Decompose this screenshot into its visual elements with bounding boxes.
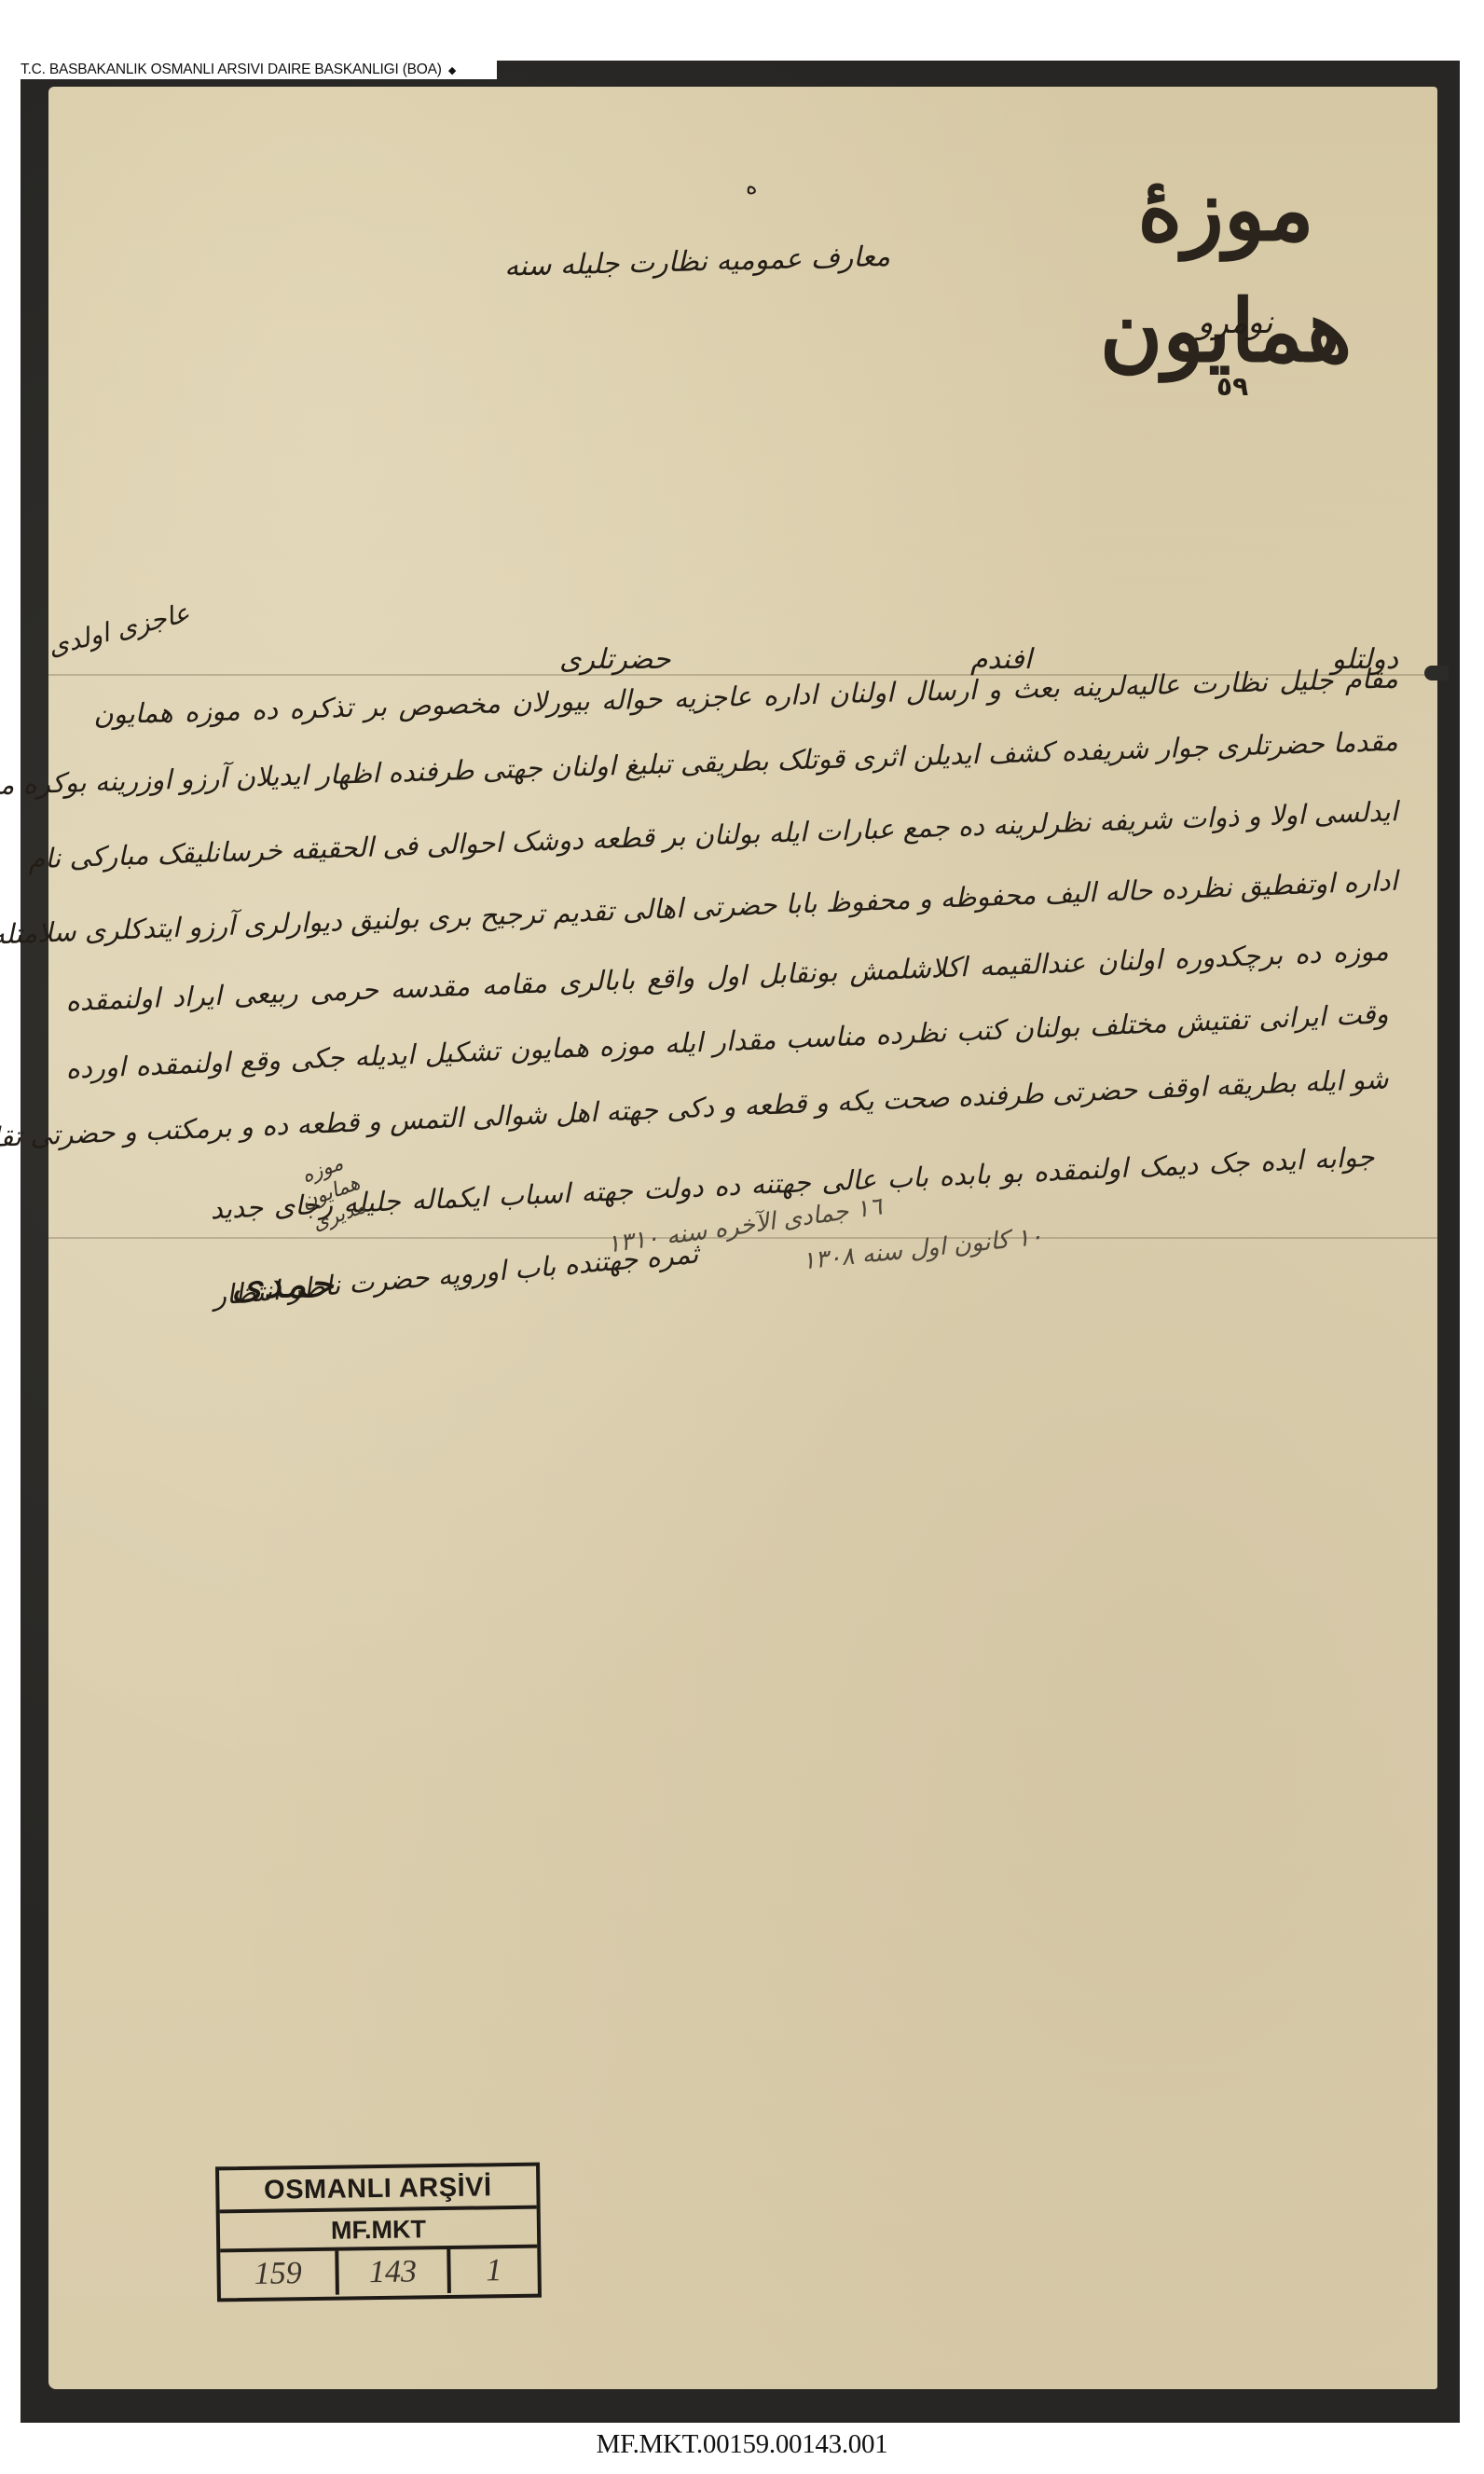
archive-header-text: T.C. BASBAKANLIK OSMANLI ARSIVI DAIRE BA… (21, 62, 442, 77)
stamp-folder-number: 159 (220, 2251, 339, 2297)
stamp-page-number: 1 (450, 2248, 538, 2293)
salutation-word: افندم (970, 643, 1032, 676)
archive-header-label: T.C. BASBAKANLIK OSMANLI ARSIVI DAIRE BA… (21, 61, 497, 79)
numero-value: ٥٩ (1216, 371, 1248, 402)
archive-stamp: OSMANLI ARŞİVİ MF.MKT 159 143 1 (215, 2163, 542, 2302)
stamp-archive-name: OSMANLI ARŞİVİ (219, 2166, 537, 2214)
small-mark: ه (746, 173, 758, 199)
letterhead-title: موزۀ همایون (1056, 149, 1395, 270)
paper-tear-notch (1424, 666, 1449, 680)
numero-label: نومرو (1198, 304, 1272, 341)
diamond-icon: ◆ (448, 65, 456, 76)
salutation-word: حضرتلری (559, 643, 670, 676)
signature: حمدی (231, 1260, 334, 1308)
stamp-collection-code: MF.MKT (220, 2209, 538, 2253)
stamp-file-number: 143 (338, 2249, 450, 2295)
stamp-numbers: 159 143 1 (220, 2248, 538, 2297)
document-id-caption: MF.MKT.00159.00143.001 (0, 2429, 1484, 2460)
